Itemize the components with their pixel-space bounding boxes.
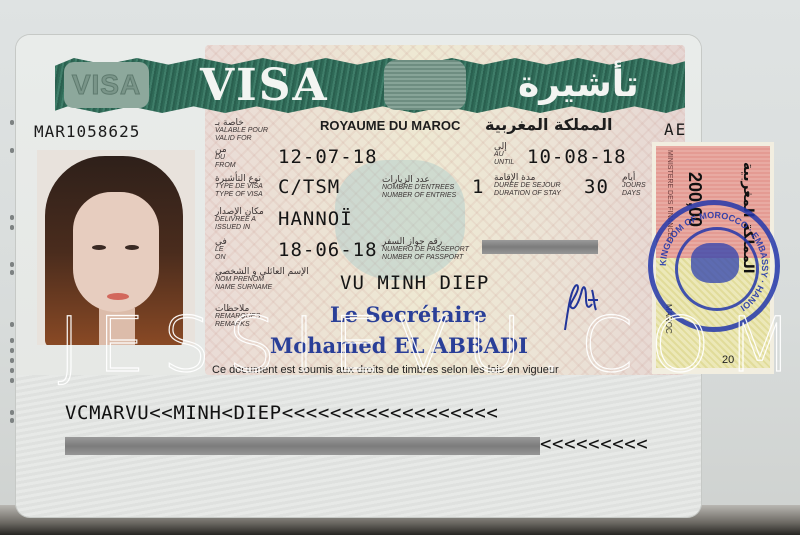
label-until: إلى AUUNTIL bbox=[494, 143, 514, 167]
perforation bbox=[10, 215, 14, 220]
label-name: الإسم العائلي و الشخصي NOM PRENOMNAME SU… bbox=[215, 268, 309, 292]
perforation bbox=[10, 368, 14, 373]
perforation bbox=[10, 348, 14, 353]
mrz-line-2-redaction bbox=[65, 437, 540, 455]
perforation bbox=[10, 378, 14, 383]
value-duration: 30 bbox=[584, 176, 609, 198]
visa-badge: VISA bbox=[64, 62, 149, 108]
label-duration: مدة الإقامة DUREE DE SEJOURDURATION OF S… bbox=[494, 174, 561, 198]
label-issued-on: في LEON bbox=[215, 238, 227, 262]
value-from: 12-07-18 bbox=[278, 146, 378, 168]
label-passport-number: رقم جواز السفر NUMERO DE PASSEPORTNUMBER… bbox=[382, 238, 469, 262]
perforation bbox=[10, 120, 14, 125]
perforation bbox=[10, 410, 14, 415]
label-from: من DUFROM bbox=[215, 146, 236, 170]
header-ornament bbox=[384, 60, 466, 110]
label-days: أيام JOURSDAYS bbox=[622, 174, 646, 198]
perforation bbox=[10, 270, 14, 275]
visa-number: MAR1058625 bbox=[34, 122, 140, 141]
perforation bbox=[10, 358, 14, 363]
watermark: JESSIEVU.COM bbox=[58, 300, 800, 389]
perforation bbox=[10, 322, 14, 327]
label-valid-for: خاصة بـ VALABLE POURVALID FOR bbox=[215, 119, 268, 143]
issuer-french: ROYAUME DU MAROC bbox=[320, 118, 460, 133]
mrz-line-2-suffix: <<<<<<<<< bbox=[540, 433, 648, 455]
label-entries: عدد الزيارات NOMBRE D'ENTREESNUMBER OF E… bbox=[382, 176, 456, 200]
value-issued-in: HANNOÏ bbox=[278, 208, 353, 230]
visa-title: VISA bbox=[200, 58, 329, 113]
value-name: VU MINH DIEP bbox=[340, 272, 489, 294]
passport-number-redaction bbox=[482, 240, 598, 254]
value-issued-on: 18-06-18 bbox=[278, 239, 378, 261]
svg-text:KINGDOM OF MOROCCO · EMBASSY ·: KINGDOM OF MOROCCO · EMBASSY · HANOI bbox=[658, 210, 770, 313]
value-entries: 1 bbox=[472, 176, 484, 198]
value-type: C/TSM bbox=[278, 176, 340, 198]
country-code: AE bbox=[664, 120, 687, 139]
value-until: 10-08-18 bbox=[527, 146, 627, 168]
mrz-line-1: VCMARVU<<MINH<DIEP<<<<<<<<<<<<<<<<<< bbox=[65, 402, 498, 424]
visa-badge-text: VISA bbox=[72, 69, 141, 101]
perforation bbox=[10, 225, 14, 230]
label-type: نوع التأشيرة TYPE DE VISATYPE OF VISA bbox=[215, 175, 263, 199]
perforation bbox=[10, 418, 14, 423]
issuer-arabic: المملكة المغربية bbox=[485, 115, 613, 134]
visa-title-arabic: تأشيرة bbox=[518, 57, 639, 112]
label-issued-in: مكان الإصدار DELIVREE AISSUED IN bbox=[215, 208, 264, 232]
perforation bbox=[10, 338, 14, 343]
perforation bbox=[10, 148, 14, 153]
perforation bbox=[10, 262, 14, 267]
